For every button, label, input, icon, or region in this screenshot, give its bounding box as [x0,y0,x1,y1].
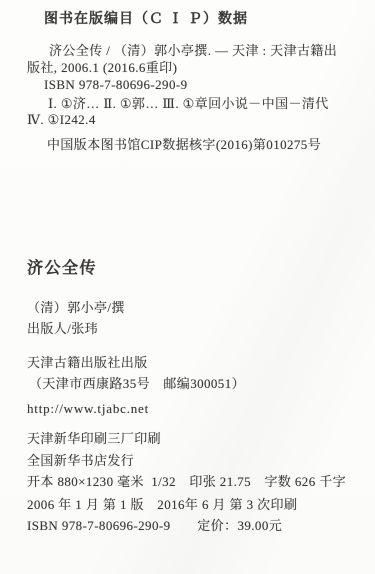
publisher-line: 天津古籍出版社出版 [27,356,148,371]
publisher-address: （天津市西康路35号 邮编300051） [29,377,245,392]
book-title: 济公全传 [27,260,97,278]
format-spec-line: 开本 880×1230 毫米 1/32 印张 21.75 字数 626 千字 [27,475,346,490]
cip-classification-line1: Ⅰ. ①济… Ⅱ. ①郭… Ⅲ. ①章回小说－中国－清代 [48,97,329,112]
distribution-line: 全国新华书店发行 [27,454,134,469]
book-author: （清）郭小亭/撰 [27,301,125,316]
edition-printing-line: 2006 年 1 月 第 1 版 2016年 6 月 第 3 次印刷 [27,498,297,513]
printer-line: 天津新华印刷三厂印刷 [27,432,161,447]
cip-classification-line2: Ⅳ. ①I242.4 [27,113,96,128]
cip-entry-line1: 济公全传 / （清）郭小亭撰. — 天津 : 天津古籍出 [49,44,337,59]
cip-isbn-line: ISBN 978-7-80696-290-9 [44,78,188,93]
publisher-person: 出版人/张玮 [27,322,98,337]
cip-heading: 图书在版编目（Ｃ Ｉ Ｐ）数据 [44,12,248,28]
copyright-page: 图书在版编目（Ｃ Ｉ Ｐ）数据 济公全传 / （清）郭小亭撰. — 天津 : 天… [0,0,375,574]
cip-record-number: 中国版本图书馆CIP数据核字(2016)第010275号 [47,138,321,153]
cip-entry-line2: 版社, 2006.1 (2016.6重印) [27,61,177,76]
isbn-price-line: ISBN 978-7-80696-290-9 定价：39.00元 [27,519,282,534]
publisher-website: http://www.tjabc.net [27,402,149,417]
